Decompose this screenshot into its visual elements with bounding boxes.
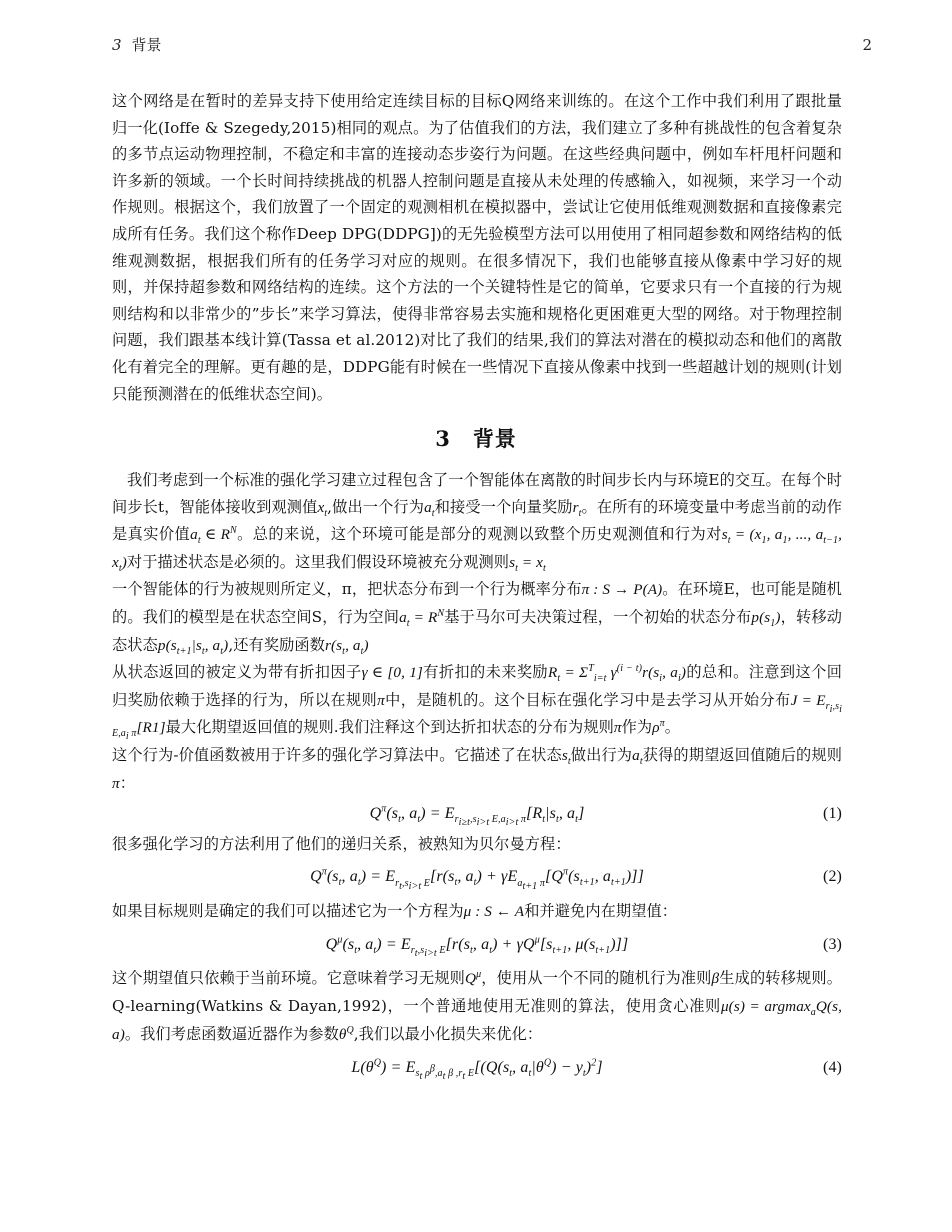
- math-r-t: rt: [573, 499, 582, 516]
- math-initial-distribution: p(s1): [751, 609, 780, 626]
- equation-4-number: (4): [823, 1055, 842, 1082]
- math-action-space: at = RN: [399, 609, 444, 626]
- paragraph-action-value: 这个行为-价值函数被用于许多的强化学习算法中。它描述了在状态st做出行为at获得…: [112, 742, 842, 797]
- equation-3-number: (3): [823, 932, 842, 959]
- equation-3-expression: Qμ(st, at) = Ert,si>t E[r(st, at) + γQμ[…: [326, 932, 629, 959]
- math-transition: p(st+1|st, at): [158, 637, 228, 654]
- text-run: 从状态返回的被定义为带有折扣因子: [112, 663, 362, 681]
- text-run: 。总的来说，这个环境可能是部分的观测以致整个历史观测值和行为对: [237, 525, 722, 543]
- math-gamma: γ ∈ [0, 1]: [362, 664, 423, 681]
- text-run: 。: [665, 718, 680, 736]
- intro-paragraph: 这个网络是在暂时的差异支持下使用给定连续目标的目标Q网络来训练的。在这个工作中我…: [112, 88, 842, 407]
- text-run: 有折扣的未来奖励: [423, 663, 548, 681]
- text-run: 中，是随机的。这个目标在强化学习中是去学习从开始分布: [385, 691, 791, 709]
- text-run: 如果目标规则是确定的我们可以描述它为一个方程为: [112, 902, 464, 920]
- math-theta-Q: θQ: [339, 1026, 354, 1043]
- math-x-t: xt: [317, 499, 327, 516]
- intro-text-block: 这个网络是在暂时的差异支持下使用给定连续目标的目标Q网络来训练的。在这个工作中我…: [112, 88, 842, 407]
- math-reward-function: r(st, at): [325, 637, 369, 654]
- equation-4-expression: L(θQ) = Est ρβ,at β ,rt E[(Q(st, at|θQ) …: [351, 1055, 602, 1082]
- text-run: 这个行为-价值函数被用于许多的强化学习算法中。它描述了在状态: [112, 746, 562, 764]
- equation-2-expression: Qπ(st, at) = Ert,si>t E[r(st, at) + γEat…: [310, 864, 644, 891]
- text-run: 一个智能体的行为被规则所定义，π，把状态分布到一个行为概率分布: [112, 580, 582, 598]
- text-run: ：: [120, 774, 135, 792]
- math-rho-pi: ρπ: [652, 719, 665, 736]
- equation-1-expression: Qπ(st, at) = Eri≥t,si>t E,ai>t π[Rt|st, …: [370, 801, 585, 828]
- paragraph-q-learning: 这个期望值只依赖于当前环境。它意味着学习无规则Qμ，使用从一个不同的随机行为准则…: [112, 965, 842, 1048]
- math-policy-map: π : S → P(A): [582, 581, 663, 598]
- paragraph-return: 从状态返回的被定义为带有折扣因子γ ∈ [0, 1]有折扣的未来奖励Rt = Σ…: [112, 659, 842, 742]
- math-action-real: at ∈ RN: [190, 526, 237, 543]
- text-run: 和并避免内在期望值：: [524, 902, 677, 920]
- math-pi: π: [377, 692, 385, 709]
- section-title-text: 背景: [473, 426, 517, 451]
- equation-2: Qπ(st, at) = Ert,si>t E[r(st, at) + γEat…: [112, 858, 842, 898]
- equation-1: Qπ(st, at) = Eri≥t,si>t E,ai>t π[Rt|st, …: [112, 797, 842, 831]
- math-full-observability: st = xt: [509, 554, 546, 571]
- background-text-block: 我们考虑到一个标准的强化学习建立过程包含了一个智能体在离散的时间步长内与环境E的…: [112, 467, 842, 1088]
- paragraph-bellman: 很多强化学习的方法利用了他们的递归关系，被熟知为贝尔曼方程：: [112, 831, 842, 858]
- text-run: ，使用从一个不同的随机行为准则: [481, 969, 711, 987]
- paragraph-deterministic: 如果目标规则是确定的我们可以描述它为一个方程为μ : S ← A和并避免内在期望…: [112, 898, 842, 926]
- text-run: 获得的期望返回值随后的规则: [643, 746, 842, 764]
- section-number: 3: [435, 426, 451, 451]
- text-run: 作为: [622, 718, 653, 736]
- text-run: 和接受一个向量奖励: [435, 498, 573, 516]
- text-run: 这个期望值只依赖于当前环境。它意味着学习无规则: [112, 969, 465, 987]
- document-page: 3背景 2 这个网络是在暂时的差异支持下使用给定连续目标的目标Q网络来训练的。在…: [0, 0, 952, 1232]
- page-number: 2: [862, 36, 872, 54]
- math-s-t: st: [562, 747, 571, 764]
- math-a-t: at: [424, 499, 435, 516]
- header-section-name: 背景: [132, 36, 162, 54]
- math-Q-mu: Qμ: [465, 970, 481, 987]
- equation-1-number: (1): [823, 801, 842, 828]
- math-pi: π: [112, 775, 120, 792]
- math-pi: π: [614, 719, 622, 736]
- section-heading: 3背景: [0, 423, 952, 453]
- header-section-number: 3: [112, 36, 122, 54]
- running-header: 3背景 2: [112, 34, 872, 55]
- math-a-t: at: [632, 747, 643, 764]
- header-section: 3背景: [112, 34, 162, 55]
- text-run: 对于描述状态是必须的。这里我们假设环境被充分观测则: [127, 553, 509, 571]
- equation-2-number: (2): [823, 864, 842, 891]
- text-run: 。我们考虑函数逼近器作为参数: [125, 1025, 339, 1043]
- text-run: ,做出一个行为: [327, 498, 424, 516]
- text-run: ,还有奖励函数: [228, 636, 325, 654]
- text-run: 最大化期望返回值的规则.我们注释这个到达折扣状态的分布为规则: [166, 718, 614, 736]
- text-run: ,我们以最小化损失来优化：: [354, 1025, 542, 1043]
- math-mu-map: μ : S ← A: [464, 903, 525, 920]
- equation-4: L(θQ) = Est ρβ,at β ,rt E[(Q(st, at|θQ) …: [112, 1048, 842, 1088]
- text-run: 做出行为: [571, 746, 632, 764]
- equation-3: Qμ(st, at) = Ert,si>t E[r(st, at) + γQμ[…: [112, 925, 842, 965]
- paragraph-policy: 一个智能体的行为被规则所定义，π，把状态分布到一个行为概率分布π : S → P…: [112, 576, 842, 659]
- math-return-sum: Rt = ΣTi=t γ(i − t)r(si, ai): [548, 664, 686, 681]
- text-run: 基于马尔可夫决策过程，一个初始的状态分布: [444, 608, 751, 626]
- paragraph-rl-setup: 我们考虑到一个标准的强化学习建立过程包含了一个智能体在离散的时间步长内与环境E的…: [112, 467, 842, 576]
